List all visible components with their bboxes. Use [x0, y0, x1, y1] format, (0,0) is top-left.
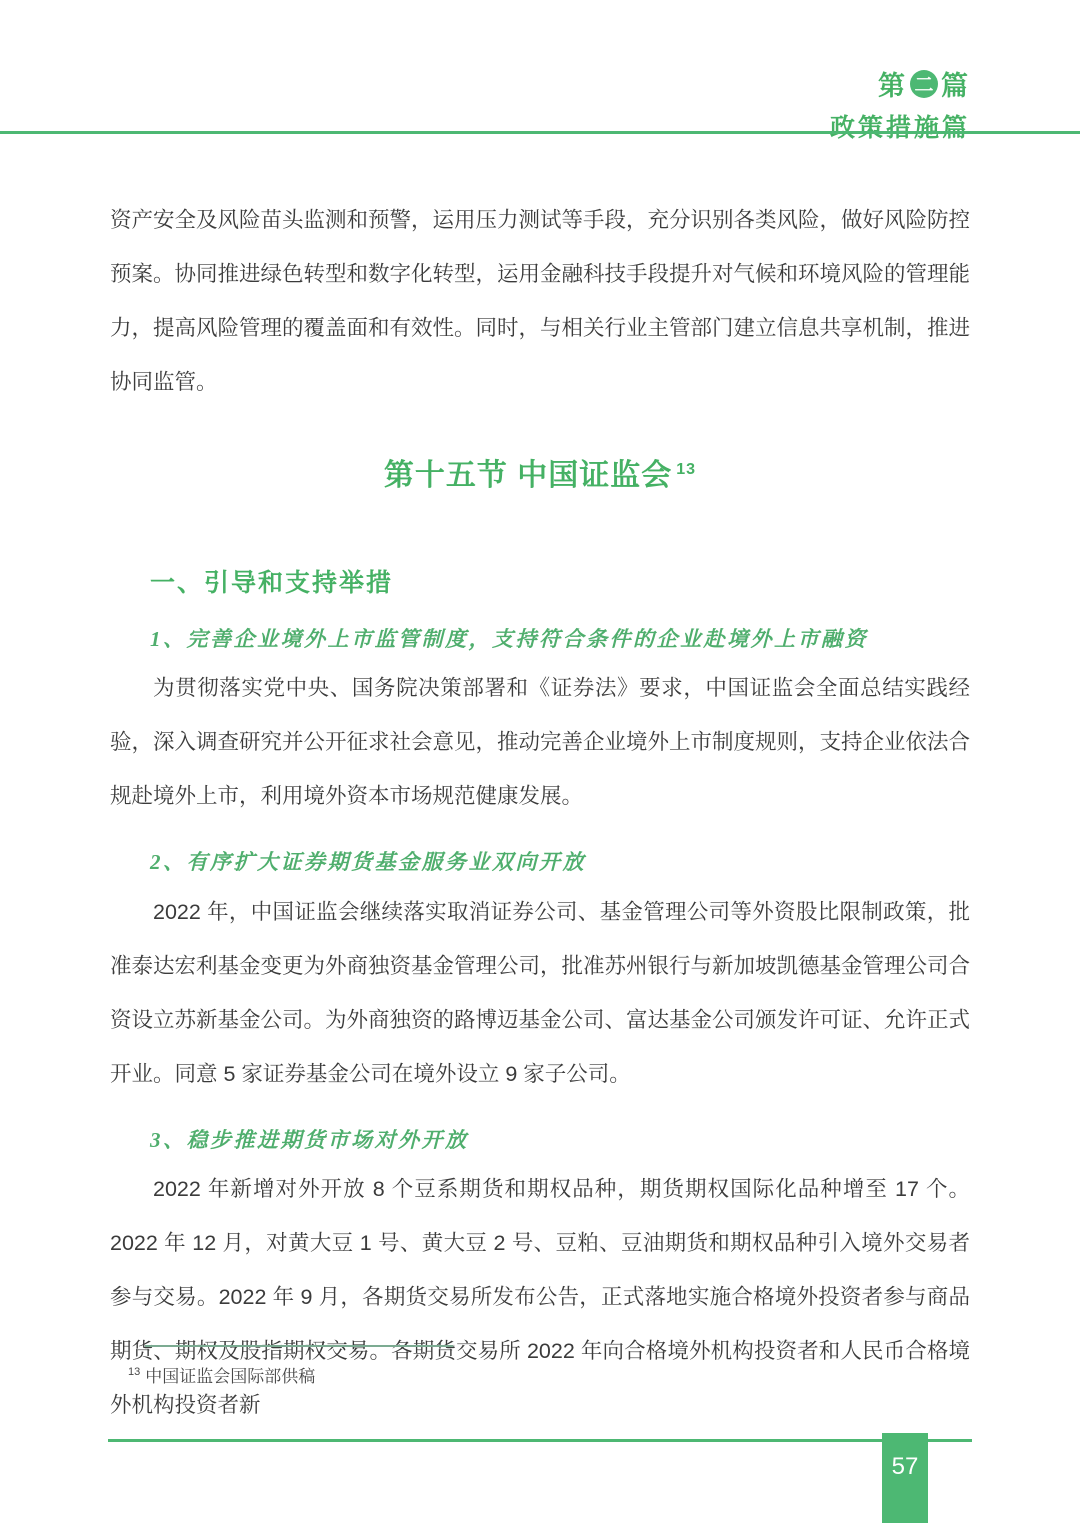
footer-divider	[108, 1439, 972, 1442]
subsection-title: 一、引导和支持举措	[150, 567, 970, 600]
page-number-tab: 57	[882, 1433, 928, 1523]
item-1-heading: 1、完善企业境外上市监管制度，支持符合条件的企业赴境外上市融资	[150, 624, 970, 656]
page-number: 57	[892, 1453, 919, 1480]
section-title: 第十五节 中国证监会13	[110, 455, 970, 497]
footnote-text: 中国证监会国际部供稿	[145, 1367, 315, 1386]
footnote: 13中国证监会国际部供稿	[128, 1362, 315, 1387]
part-number-circle-icon: 二	[910, 70, 938, 98]
section-title-text: 第十五节 中国证监会	[384, 459, 672, 492]
part-title-prefix: 第	[878, 64, 907, 103]
footnote-divider	[145, 1345, 453, 1347]
header-divider	[0, 131, 1080, 134]
part-title: 第 二 篇	[830, 64, 970, 103]
footnote-ref: 13	[128, 1366, 140, 1378]
part-title-suffix: 篇	[941, 64, 970, 103]
part-subtitle: 政策措施篇	[830, 108, 970, 144]
section-footnote-ref: 13	[676, 461, 696, 478]
item-3-body: 2022 年新增对外开放 8 个豆系期货和期权品种，期货期权国际化品种增至 17…	[110, 1162, 970, 1432]
intro-paragraph: 资产安全及风险苗头监测和预警，运用压力测试等手段，充分识别各类风险，做好风险防控…	[110, 193, 970, 409]
item-2-body: 2022 年，中国证监会继续落实取消证券公司、基金管理公司等外资股比限制政策，批…	[110, 885, 970, 1101]
item-1-body: 为贯彻落实党中央、国务院决策部署和《证券法》要求，中国证监会全面总结实践经验，深…	[110, 661, 970, 823]
document-content: 资产安全及风险苗头监测和预警，运用压力测试等手段，充分识别各类风险，做好风险防控…	[110, 193, 970, 1432]
item-2-heading: 2、有序扩大证券期货基金服务业双向开放	[150, 847, 970, 879]
item-3-heading: 3、稳步推进期货市场对外开放	[150, 1125, 970, 1157]
